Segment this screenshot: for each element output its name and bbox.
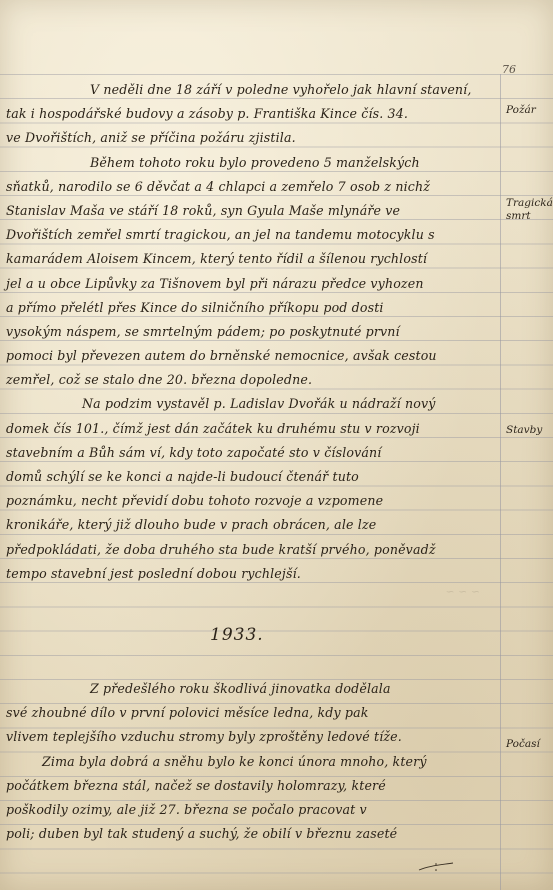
margin-note-buildings: Stavby [506,424,542,436]
text-line: poznámku, necht převidí dobu tohoto rozv… [6,489,494,513]
text-line: zemřel, což se stalo dne 20. března dopo… [6,368,494,392]
year-heading: 1933. [210,625,264,645]
margin-rule [500,74,501,890]
text-line: V neděli dne 18 září v poledne vyhořelo … [6,78,494,102]
text-line: Na podzim vystavěl p. Ladislav Dvořák u … [6,392,494,416]
text-line: jel a u obce Lipůvky za Tišnovem byl při… [6,272,494,296]
margin-note-weather: Počasí [506,738,540,750]
text-line: své zhoubné dílo v první polovici měsíce… [6,701,494,725]
chronicle-page: 76 ~ ~ ~ V neděli dne 18 září v poledne … [0,0,553,890]
text-line: Dvořištích zemřel smrtí tragickou, an je… [6,223,494,247]
text-line: Během tohoto roku bylo provedeno 5 manže… [6,151,494,175]
text-line: pomoci byl převezen autem do brněnské ne… [6,344,494,368]
text-line: vlivem teplejšího vzduchu stromy byly zp… [6,725,494,749]
text-line: poli; duben byl tak studený a suchý, že … [6,822,494,846]
text-line: předpokládati, že doba druhého sta bude … [6,538,494,562]
text-line: Z předešlého roku škodlivá jinovatka dod… [6,677,494,701]
text-line: kronikáře, který již dlouho bude v prach… [6,513,494,537]
text-line: a přímo přelétl přes Kince do silničního… [6,296,494,320]
flourish-mark [418,862,454,872]
text-line: tak i hospodářské budovy a zásoby p. Fra… [6,102,494,126]
text-line: počátkem března stál, načež se dostavily… [6,774,494,798]
margin-note-fire: Požár [506,104,536,116]
text-line: tempo stavební jest poslední dobou rychl… [6,562,494,586]
text-line: ve Dvořištích, aniž se příčina požáru zj… [6,126,494,150]
text-line: poškodily ozimy, ale již 27. března se p… [6,798,494,822]
section-1932-body: V neděli dne 18 září v poledne vyhořelo … [6,78,494,586]
section-1933-body: Z předešlého roku škodlivá jinovatka dod… [6,677,494,846]
text-line: sňatků, narodilo se 6 děvčat a 4 chlapci… [6,175,494,199]
text-line: domek čís 101., čímž jest dán začátek ku… [6,417,494,441]
text-line: vysokým náspem, se smrtelným pádem; po p… [6,320,494,344]
page-number: 76 [502,63,516,76]
margin-note-tragic-death-2: smrt [506,210,531,222]
text-line: kamarádem Aloisem Kincem, který tento ří… [6,247,494,271]
text-line: Zima byla dobrá a sněhu bylo ke konci ún… [6,750,494,774]
text-line: domů schýlí se ke konci a najde-li budou… [6,465,494,489]
text-line: Stanislav Maša ve stáří 18 roků, syn Gyu… [6,199,494,223]
text-line: stavebním a Bůh sám ví, kdy toto započat… [6,441,494,465]
margin-note-tragic-death: Tragická [506,197,553,209]
